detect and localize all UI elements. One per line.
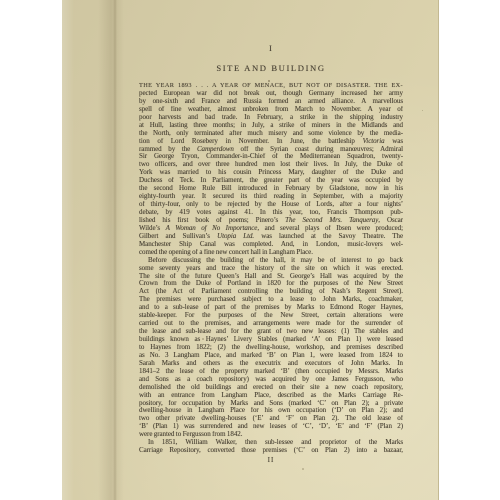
text-line: Before discussing the building of the ha… xyxy=(139,257,403,265)
text-line: tion of Lord Rosebery in November. In Ju… xyxy=(139,138,403,146)
text-line: spell of fine weather, almost unbroken f… xyxy=(139,106,403,114)
text-line: The premises were purchased subject to a… xyxy=(139,296,403,304)
text-line: at Hull, lasting three months; in July, … xyxy=(139,122,403,130)
paragraph: Before discussing the building of the ha… xyxy=(139,257,403,440)
paragraph: In 1851, William Walker, then sub-lessee… xyxy=(139,439,403,455)
text-line: Gilbert and Sullivan’s Utopia Ltd. was l… xyxy=(139,233,403,241)
text-line: by one-sixth and France and Russia forme… xyxy=(139,98,403,106)
text-line: dwelling-house in Langham Place for his … xyxy=(139,407,403,415)
text-line: and Sons as a coach repository) was acqu… xyxy=(139,376,403,384)
text-line: Carriage Repository, converted those pre… xyxy=(139,447,403,455)
page-number: II xyxy=(139,456,403,464)
text-line: stable-keeper. For the purposes of the N… xyxy=(139,312,403,320)
text-line: with an entrance from Langham Place, des… xyxy=(139,392,403,400)
text-line: ‘B’ (Plan 1) was surrendered and new lea… xyxy=(139,423,403,431)
text-line: In 1851, William Walker, then sub-lessee… xyxy=(139,439,403,447)
text-block: THE YEAR 1893 . . . A YEAR OF MENACE, BU… xyxy=(139,82,403,455)
text-line: buildings known as Haynes’ Livery Stable… xyxy=(139,336,403,344)
text-line: debate, by 419 votes against 41. In this… xyxy=(139,209,403,217)
text-line: carried out to the premises, and arrange… xyxy=(139,320,403,328)
text-line: the lease and sub-lease and for the gran… xyxy=(139,328,403,336)
chapter-number: I xyxy=(139,44,403,53)
text-line: eighty-fourth year. It secured its third… xyxy=(139,193,403,201)
chapter-title: SITE AND BUILDING xyxy=(139,63,403,73)
book-photo: I SITE AND BUILDING THE YEAR 1893 . . . … xyxy=(0,0,500,500)
text-line: to Haynes from 1822; (2) the dwelling-ho… xyxy=(139,344,403,352)
book-page: I SITE AND BUILDING THE YEAR 1893 . . . … xyxy=(62,0,439,500)
text-line: of thirty-four, only to be rejected by t… xyxy=(139,201,403,209)
text-line: The site of the future Queen’s Hall and … xyxy=(139,273,403,281)
text-line: the North, only terminated after much mi… xyxy=(139,130,403,138)
paragraph: THE YEAR 1893 . . . A YEAR OF MENACE, BU… xyxy=(139,82,403,257)
text-line: THE YEAR 1893 . . . A YEAR OF MENACE, BU… xyxy=(139,82,403,90)
text-line: were granted to Fergusson from 1842. xyxy=(139,431,403,439)
text-line: Sir George Tryon, Commander-in-Chief of … xyxy=(139,153,403,161)
text-line: two officers, and over three hundred men… xyxy=(139,161,403,169)
paper-speck xyxy=(302,468,304,470)
text-line: 1841–2 the lease of the property marked … xyxy=(139,368,403,376)
text-line: pected European war did not break out, t… xyxy=(139,90,403,98)
text-line: poor harvests and bad trade. In February… xyxy=(139,114,403,122)
paper-speck xyxy=(422,110,423,111)
text-line: Sarah Marks and others as the executrix … xyxy=(139,360,403,368)
text-line: comed the opening of a fine new concert … xyxy=(139,249,403,257)
text-line: the second Home Rule Bill introduced in … xyxy=(139,185,403,193)
text-line: rammed by the Camperdown off the Syrian … xyxy=(139,146,403,154)
text-line: and to a sub-lease of part of the premis… xyxy=(139,304,403,312)
text-line: as No. 3 Langham Place, and marked ‘B’ o… xyxy=(139,352,403,360)
text-line: Duchess of Teck. In Parliament, the grea… xyxy=(139,177,403,185)
text-line: Wilde’s A Woman of No Importance, and se… xyxy=(139,225,403,233)
text-line: two other private dwelling-houses (‘E’ a… xyxy=(139,415,403,423)
text-line: lished his first book of poems; Pinero’s… xyxy=(139,217,403,225)
text-line: York was married to his cousin Princess … xyxy=(139,169,403,177)
text-line: Act (the Act of Parliament controlling t… xyxy=(139,288,403,296)
text-line: Manchester Ship Canal was completed. And… xyxy=(139,241,403,249)
page-fold-edge xyxy=(113,0,117,500)
text-line: some seventy years and trace the history… xyxy=(139,265,403,273)
text-line: pository, for occupation by Marks and So… xyxy=(139,400,403,408)
text-line: Crown from the Duke of Portland in 1820 … xyxy=(139,280,403,288)
text-line: demolished the old buildings and erected… xyxy=(139,384,403,392)
